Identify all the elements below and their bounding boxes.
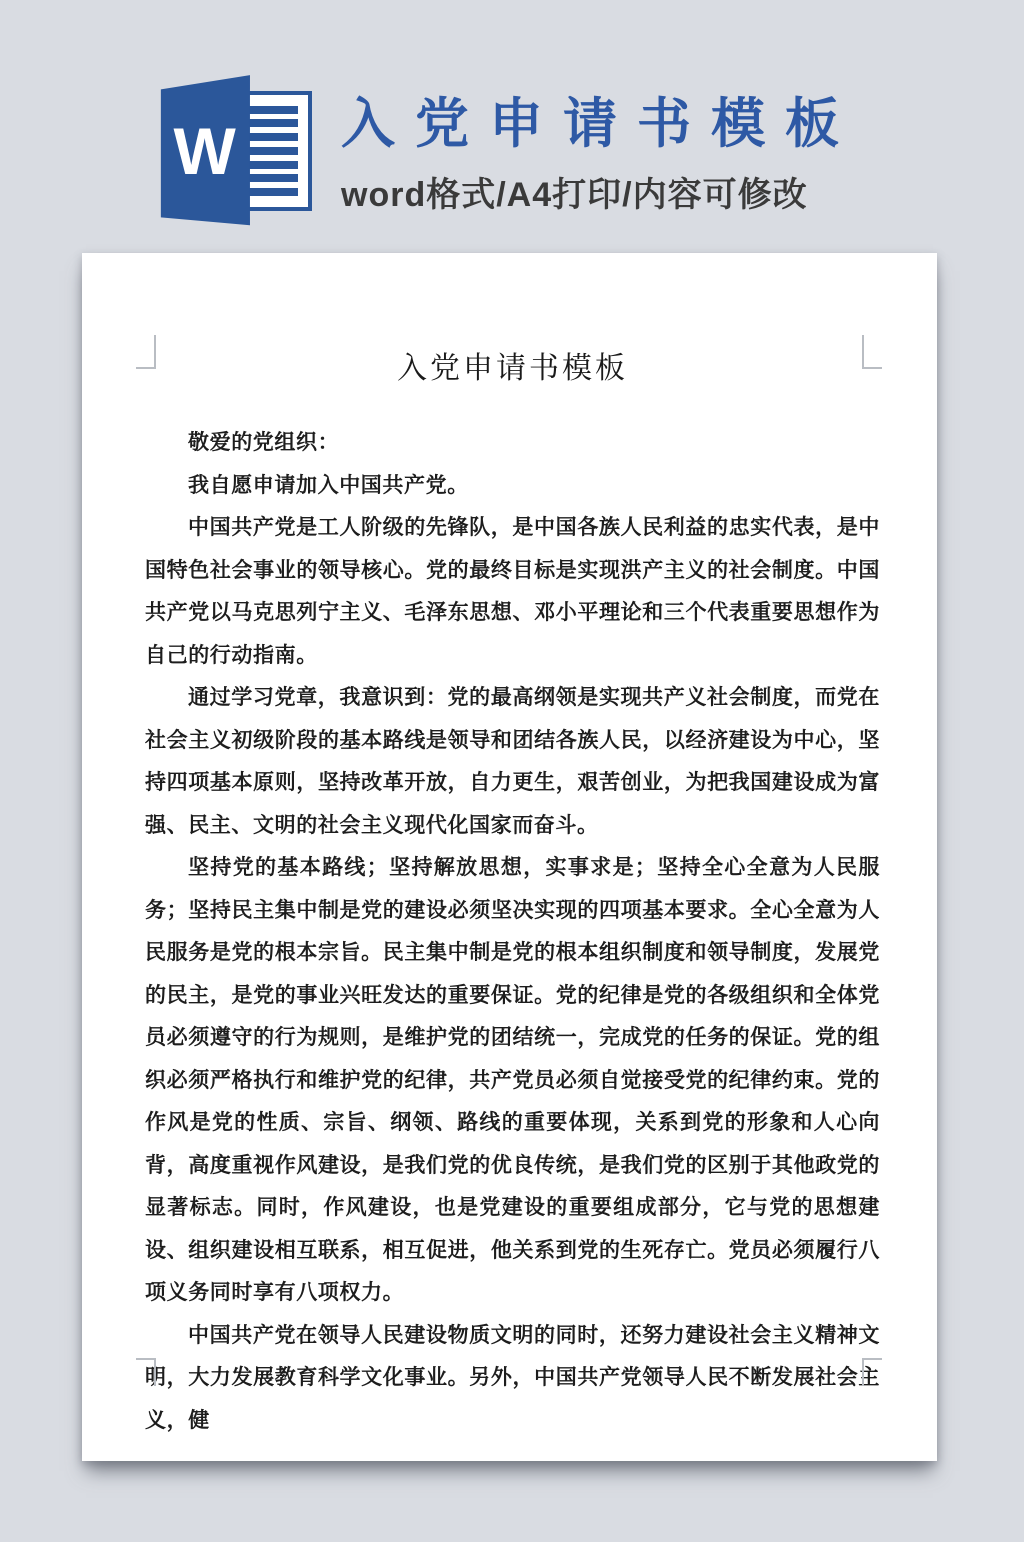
document-paragraph: 通过学习党章，我意识到：党的最高纲领是实现共产义社会制度，而党在社会主义初级阶段…: [145, 677, 880, 847]
word-document-sheet-icon: [240, 91, 311, 211]
document-line-icon: [248, 106, 297, 114]
header-subtitle: word格式/A4打印/内容可修改: [341, 167, 901, 216]
header-banner: W 入党申请书模板 word格式/A4打印/内容可修改: [0, 0, 1024, 258]
document-line-icon: [248, 161, 297, 169]
header-title: 入党申请书模板: [341, 94, 901, 154]
document-paragraph: 中国共产党是工人阶级的先锋队，是中国各族人民利益的忠实代表，是中国特色社会事业的…: [145, 507, 880, 677]
document-title: 入党申请书模板: [145, 349, 880, 389]
document-paragraph: 坚持党的基本路线；坚持解放思想，实事求是；坚持全心全意为人民服务；坚持民主集中制…: [145, 847, 880, 1315]
margin-mark-top-left: [136, 335, 156, 369]
document-line-icon: [248, 174, 297, 182]
margin-mark-top-right: [862, 335, 882, 369]
word-w-icon: W: [173, 113, 235, 189]
document-paragraph: 我自愿申请加入中国共产党。: [145, 465, 880, 508]
document-body: 敬爱的党组织： 我自愿申请加入中国共产党。 中国共产党是工人阶级的先锋队，是中国…: [145, 422, 880, 1442]
word-logo: W: [156, 72, 318, 230]
margin-mark-bottom-right: [862, 1358, 882, 1386]
document-line-icon: [248, 133, 297, 141]
document-line-icon: [248, 188, 297, 196]
margin-mark-bottom-left: [136, 1358, 156, 1386]
document-line-icon: [248, 119, 297, 127]
a4-document-page: 入党申请书模板 敬爱的党组织： 我自愿申请加入中国共产党。 中国共产党是工人阶级…: [82, 253, 937, 1461]
header-text-block: 入党申请书模板 word格式/A4打印/内容可修改: [341, 94, 901, 216]
document-paragraph: 敬爱的党组织：: [145, 422, 880, 465]
document-line-icon: [248, 147, 297, 155]
document-paragraph: 中国共产党在领导人民建设物质文明的同时，还努力建设社会主义精神文明，大力发展教育…: [145, 1315, 880, 1443]
